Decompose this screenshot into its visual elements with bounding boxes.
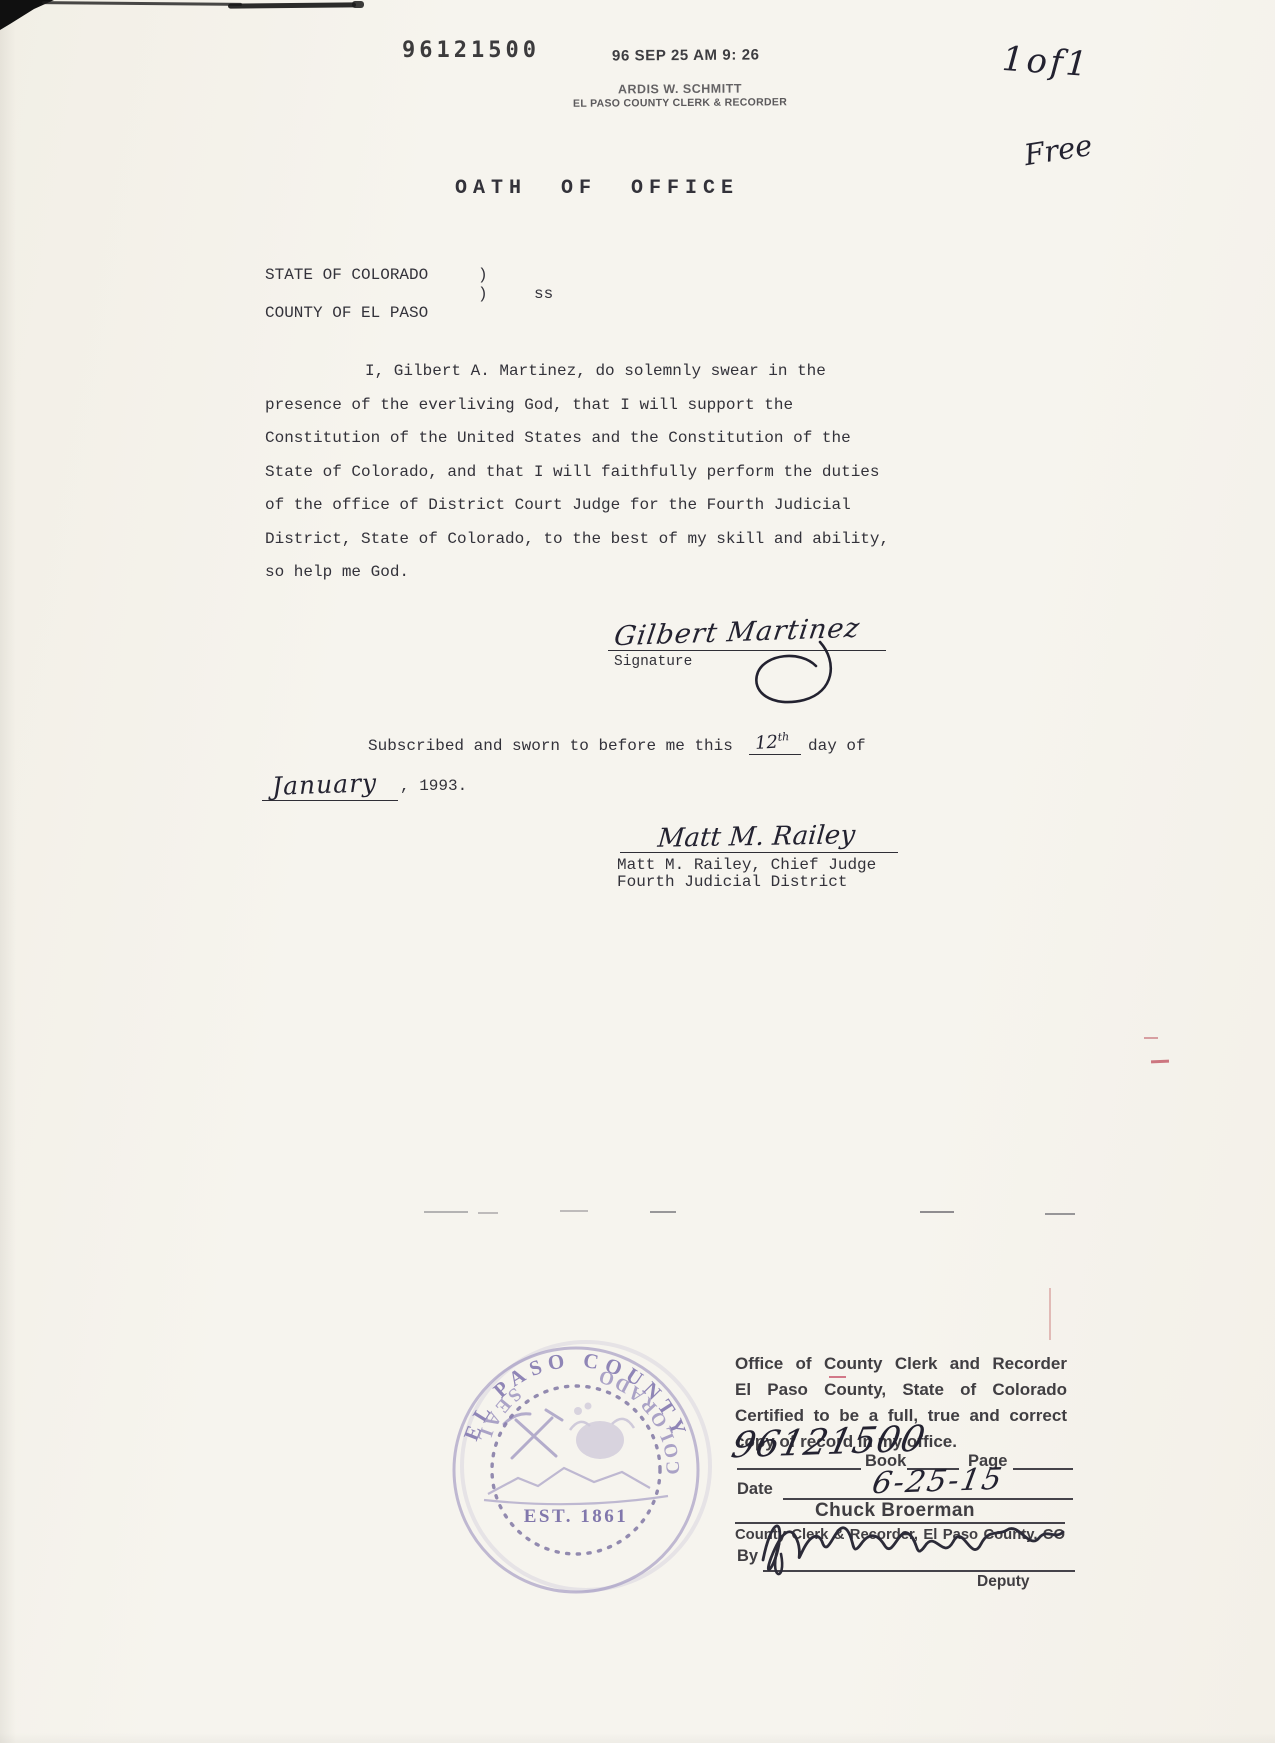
scan-artifact-corner (0, 0, 56, 30)
venue-ss: ss (534, 285, 553, 303)
deputy-signature-script (753, 1502, 1069, 1582)
clerk-title-stamp: EL PASO COUNTY CLERK & RECORDER (560, 96, 800, 110)
seal-crossed-tools-icon (504, 1410, 562, 1458)
seal-mountains-icon (484, 1468, 668, 1504)
oath-line: I, Gilbert A. Martinez, do solemnly swea… (265, 362, 945, 396)
fold-dash (424, 1211, 468, 1213)
fold-dash (560, 1210, 588, 1212)
signature-label: Signature (614, 654, 692, 670)
day-blank-line (749, 754, 801, 755)
date-handwritten: 6-25-15 (869, 1462, 1006, 1502)
venue-paren: ) (478, 285, 488, 303)
book-blank-line (737, 1468, 861, 1470)
certification-line: El Paso County, State of Colorado (735, 1380, 1067, 1400)
red-mark-vertical (1049, 1288, 1051, 1340)
page-count-annotation: 1of1 (1001, 39, 1092, 85)
scanned-document-page: 96121500 96 SEP 25 AM 9: 26 ARDIS W. SCH… (0, 0, 1275, 1743)
red-mark (1144, 1037, 1158, 1039)
reception-number-stamp: 96121500 (402, 38, 540, 63)
scan-artifact-streak (228, 2, 356, 8)
judge-signature-script: Matt M. Railey (657, 820, 857, 853)
fold-dash (478, 1212, 498, 1214)
clerk-name-stamp: ARDIS W. SCHMITT (560, 81, 800, 97)
fee-annotation: Free (1022, 128, 1095, 172)
venue-paren: ) (478, 266, 488, 284)
day-number: 12 (755, 732, 779, 754)
date-label: Date (737, 1480, 773, 1499)
red-mark (1151, 1060, 1169, 1063)
scan-artifact-streak (352, 1, 364, 8)
seal-center-text: EST. 1861 (524, 1506, 629, 1527)
red-underline-mark (829, 1376, 846, 1378)
fold-dash (650, 1211, 676, 1213)
venue-county-line: COUNTY OF EL PASO (265, 304, 428, 322)
certification-line: Office of County Clerk and Recorder (735, 1354, 1067, 1374)
fold-dash (920, 1211, 954, 1213)
oath-paragraph: I, Gilbert A. Martinez, do solemnly swea… (265, 362, 945, 597)
signature-flourish-loop (742, 640, 842, 710)
year-typed: , 1993. (400, 777, 467, 795)
oath-line: of the office of District Court Judge fo… (265, 496, 945, 530)
oath-line: presence of the everliving God, that I w… (265, 396, 945, 430)
certification-stamp: Office of County Clerk and Recorder El P… (735, 1350, 1077, 1600)
scan-artifact-streak (42, 1, 242, 6)
month-handwritten: January (272, 768, 378, 801)
page-blank-line (1013, 1468, 1073, 1470)
oath-line: State of Colorado, and that I will faith… (265, 463, 945, 497)
oath-line: District, State of Colorado, to the best… (265, 530, 945, 564)
fold-dash (1045, 1213, 1075, 1215)
day-handwritten: 12th (754, 730, 790, 754)
oath-line: so help me God. (265, 563, 945, 597)
document-title: OATH OF OFFICE (455, 177, 739, 200)
jurat-prefix: Subscribed and sworn to before me this (368, 737, 733, 755)
seal-ox-head-icon (570, 1403, 634, 1460)
deputy-label: Deputy (977, 1573, 1030, 1591)
judge-district-line: Fourth Judicial District (617, 873, 847, 891)
jurat-suffix: day of (808, 737, 866, 755)
day-suffix: th (777, 730, 789, 744)
oath-line: Constitution of the United States and th… (265, 429, 945, 463)
clerk-stamp-block: ARDIS W. SCHMITT EL PASO COUNTY CLERK & … (560, 81, 800, 110)
filing-datetime-stamp: 96 SEP 25 AM 9: 26 (612, 46, 760, 64)
county-seal-stamp: EL PASO COUNTY COLORADO SEAL (428, 1318, 728, 1618)
venue-state-line: STATE OF COLORADO (265, 266, 428, 284)
judge-name-line: Matt M. Railey, Chief Judge (617, 856, 876, 874)
